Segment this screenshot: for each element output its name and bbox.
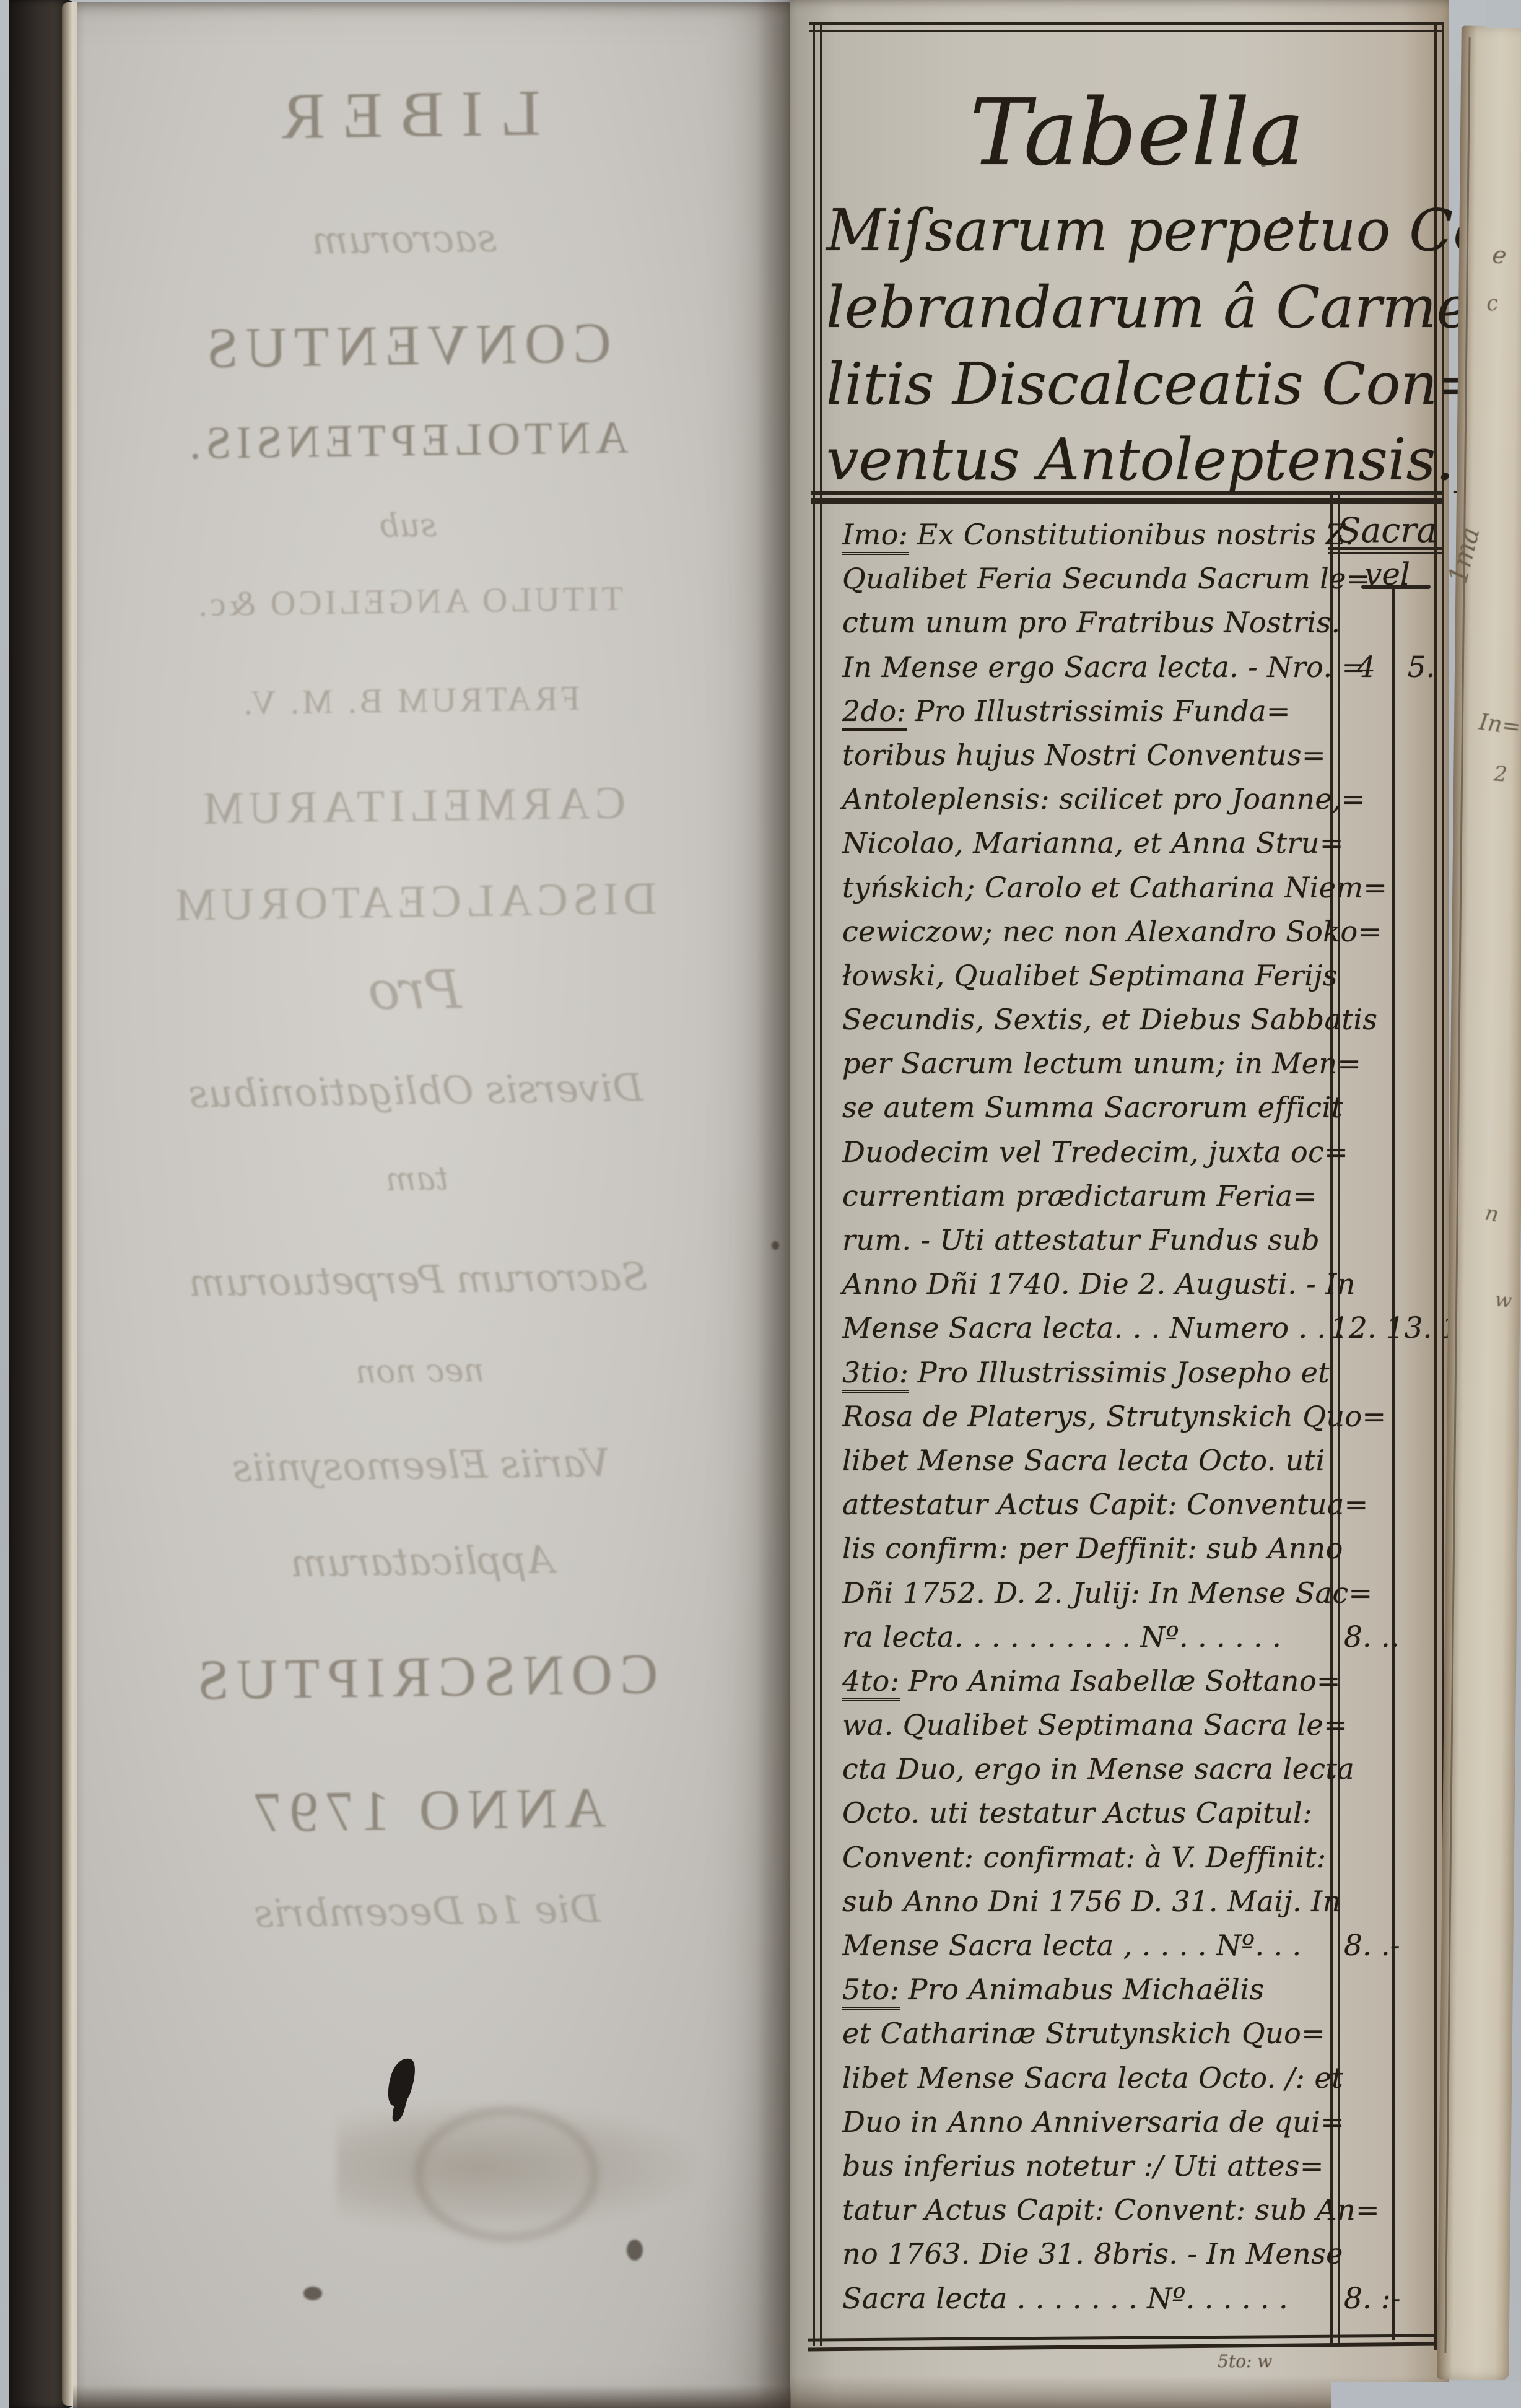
manuscript-line: łowski, Qualibet Septimana Ferijs xyxy=(842,959,1328,992)
line-text: cewiczow; nec non Alexandro Soko= xyxy=(842,915,1382,948)
bleed-line: LIBER xyxy=(80,72,725,157)
line-text: Octo. uti testatur Actus Capitul: xyxy=(842,1796,1312,1830)
bleed-line: Diversis Obligationibus xyxy=(94,1063,738,1118)
ink-speck xyxy=(1279,217,1288,224)
manuscript-row: attestatur Actus Capit: Conventua= xyxy=(790,1485,1449,1529)
table-body: Imo:Ex Constitutionibus nostris Z. Quali… xyxy=(790,515,1449,2323)
manuscript-row: wa. Qualibet Septimana Sacra le= xyxy=(790,1706,1449,1750)
page-bottom-shadow-left xyxy=(73,2384,791,2408)
manuscript-line: cewiczow; nec non Alexandro Soko= xyxy=(842,915,1328,948)
line-text: Nicolao, Marianna, et Anna Stru= xyxy=(842,826,1344,860)
manuscript-row: Rosa de Platerys, Strutynskich Quo= xyxy=(790,1397,1449,1441)
paragraph-label: Imo: xyxy=(842,518,909,555)
table-border-bottom-inner xyxy=(808,2342,1445,2352)
edge-scribble: w xyxy=(1494,1288,1513,1313)
sacra-count-left: 8. .. xyxy=(1344,1620,1388,1654)
bleed-line: DISCALCEATORUM xyxy=(91,871,736,933)
line-text: lis confirm: per Deffinit: sub Anno xyxy=(842,1532,1343,1565)
manuscript-line: Dñi 1752. D. 2. Julij: In Mense Sac= xyxy=(842,1576,1328,1610)
manuscript-row: Duo in Anno Anniversaria de qui= xyxy=(790,2103,1449,2147)
manuscript-line: no 1763. Die 31. 8bris. - In Mense xyxy=(842,2237,1328,2271)
catchword: 5to: w xyxy=(1218,2351,1272,2371)
manuscript-line: Sacra lecta . . . . . . . Nº. . . . . . xyxy=(842,2282,1328,2315)
manuscript-row: łowski, Qualibet Septimana Ferijs xyxy=(790,956,1449,1000)
manuscript-row: In Mense ergo Sacra lecta. - Nro. = 4 5. xyxy=(790,648,1449,692)
sacra-count-left: 4 xyxy=(1344,650,1388,684)
manuscript-line: In Mense ergo Sacra lecta. - Nro. = xyxy=(842,650,1328,684)
manuscript-row: Sacra lecta . . . . . . . Nº. . . . . . … xyxy=(790,2279,1449,2323)
line-text: currentiam prædictarum Feria= xyxy=(842,1179,1317,1213)
manuscript-row: 4to:Pro Anima Isabellæ Sołtano= xyxy=(790,1662,1449,1706)
line-text: Rosa de Platerys, Strutynskich Quo= xyxy=(842,1400,1386,1433)
manuscript-line: sub Anno Dni 1756 D. 31. Maij. In xyxy=(842,1885,1328,1918)
manuscript-line: Antoleplensis: scilicet pro Joanne,= xyxy=(842,782,1328,816)
manuscript-row: Mense Sacra lecta , . . . . Nº. . . 8. .… xyxy=(790,1926,1449,1970)
manuscript-line: libet Mense Sacra lecta Octo. uti xyxy=(842,1444,1328,1477)
manuscript-row: et Catharinæ Strutynskich Quo= xyxy=(790,2014,1449,2058)
manuscript-line: et Catharinæ Strutynskich Quo= xyxy=(842,2017,1328,2050)
line-text: ra lecta. . . . . . . . . . Nº. . . . . … xyxy=(842,1620,1281,1654)
manuscript-row: 3tio:Pro Illustrissimis Josepho et xyxy=(790,1353,1449,1397)
line-text: se autem Summa Sacrorum efficit xyxy=(842,1091,1343,1124)
manuscript-line: Anno Dñi 1740. Die 2. Augusti. - In xyxy=(842,1267,1328,1301)
manuscript-line: 3tio:Pro Illustrissimis Josepho et xyxy=(842,1356,1328,1389)
manuscript-row: toribus hujus Nostri Conventus= xyxy=(790,736,1449,780)
manuscript-row: cewiczow; nec non Alexandro Soko= xyxy=(790,912,1449,956)
manuscript-row: cta Duo, ergo in Mense sacra lecta xyxy=(790,1750,1449,1794)
manuscript-line: Octo. uti testatur Actus Capitul: xyxy=(842,1796,1328,1830)
manuscript-line: Mense Sacra lecta , . . . . Nº. . . xyxy=(842,1929,1328,1962)
line-text: Pro Illustrissimis Funda= xyxy=(915,694,1291,728)
manuscript-row: bus inferius notetur :/ Uti attes= xyxy=(790,2147,1449,2191)
ornament-ring xyxy=(414,2107,599,2242)
edge-scribble: c xyxy=(1485,290,1499,316)
manuscript-row: tyńskich; Carolo et Catharina Niem= xyxy=(790,868,1449,912)
line-text: Duodecim vel Tredecim, juxta oc= xyxy=(842,1135,1348,1169)
bleed-line: Sacrorum Perpetuorum xyxy=(96,1252,741,1307)
manuscript-line: Duo in Anno Anniversaria de qui= xyxy=(842,2105,1328,2139)
bleed-line: TITULO ANGELICO &c. xyxy=(87,577,731,626)
line-text: per Sacrum lectum unum; in Men= xyxy=(842,1047,1361,1080)
manuscript-row: libet Mense Sacra lecta Octo. uti xyxy=(790,1441,1449,1485)
manuscript-row: Duodecim vel Tredecim, juxta oc= xyxy=(790,1133,1449,1177)
manuscript-line: 4to:Pro Anima Isabellæ Sołtano= xyxy=(842,1664,1328,1698)
manuscript-line: toribus hujus Nostri Conventus= xyxy=(842,738,1328,772)
manuscript-row: Convent: confirmat: à V. Deffinit: xyxy=(790,1838,1449,1882)
ink-speck xyxy=(303,2287,322,2300)
bleed-line: CONVENTUS xyxy=(83,308,728,383)
table-border-top-inner xyxy=(809,30,1444,32)
title-line: litis Discalceatis Con= xyxy=(826,351,1439,417)
manuscript-row: lis confirm: per Deffinit: sub Anno xyxy=(790,1529,1449,1573)
background-corner xyxy=(1485,0,1521,28)
manuscript-row: se autem Summa Sacrorum efficit xyxy=(790,1088,1449,1132)
photo-open-manuscript-book: LIBERsacrorumCONVENTUSANTOLEPTENSIS.subT… xyxy=(0,0,1521,2408)
manuscript-row: ctum unum pro Fratribus Nostris. xyxy=(790,603,1449,647)
line-text: rum. - Uti attestatur Fundus sub xyxy=(842,1223,1320,1257)
manuscript-row: Dñi 1752. D. 2. Julij: In Mense Sac= xyxy=(790,1574,1449,1618)
manuscript-row: libet Mense Sacra lecta Octo. /: et xyxy=(790,2059,1449,2103)
manuscript-row: ra lecta. . . . . . . . . . Nº. . . . . … xyxy=(790,1618,1449,1662)
bleed-line: CONSCRIPTUS xyxy=(102,1639,746,1714)
paragraph-label: 5to: xyxy=(842,1973,900,2010)
manuscript-row: 2do:Pro Illustrissimis Funda= xyxy=(790,692,1449,736)
line-text: Qualibet Feria Secunda Sacrum le= xyxy=(842,562,1371,595)
paragraph-label: 3tio: xyxy=(842,1356,909,1393)
bleed-line: FRATRUM B. M. V. xyxy=(88,676,733,725)
manuscript-line: 2do:Pro Illustrissimis Funda= xyxy=(842,694,1328,728)
page-title: Tabella xyxy=(865,79,1410,186)
bleed-line: Applicatarum xyxy=(100,1534,745,1589)
paragraph-label: 4to: xyxy=(842,1664,900,1701)
line-text: toribus hujus Nostri Conventus= xyxy=(842,738,1326,772)
manuscript-line: Secundis, Sextis, et Diebus Sabbatis xyxy=(842,1003,1328,1036)
line-text: cta Duo, ergo in Mense sacra lecta xyxy=(842,1752,1354,1786)
manuscript-row: Nicolao, Marianna, et Anna Stru= xyxy=(790,824,1449,868)
title-line: Miſsarum perpetuo Ce= xyxy=(826,197,1439,264)
manuscript-row: Octo. uti testatur Actus Capitul: xyxy=(790,1794,1449,1838)
manuscript-line: lis confirm: per Deffinit: sub Anno xyxy=(842,1532,1328,1565)
line-text: Secundis, Sextis, et Diebus Sabbatis xyxy=(842,1003,1377,1036)
manuscript-row: per Sacrum lectum unum; in Men= xyxy=(790,1044,1449,1088)
sacra-count-left: 8. :- xyxy=(1344,2282,1388,2316)
manuscript-row: Anno Dñi 1740. Die 2. Augusti. - In xyxy=(790,1265,1449,1309)
line-text: et Catharinæ Strutynskich Quo= xyxy=(842,2017,1325,2050)
line-text: ctum unum pro Fratribus Nostris. xyxy=(842,606,1341,639)
line-text: bus inferius notetur :/ Uti attes= xyxy=(842,2149,1324,2183)
paragraph-label: 2do: xyxy=(842,694,907,731)
title-line: ventus Antoleptensis._ xyxy=(826,426,1439,493)
manuscript-line: 5to:Pro Animabus Michaëlis xyxy=(842,1973,1328,2006)
line-text: tyńskich; Carolo et Catharina Niem= xyxy=(842,871,1387,904)
line-text: Convent: confirmat: à V. Deffinit: xyxy=(842,1841,1327,1874)
line-text: Antoleplensis: scilicet pro Joanne,= xyxy=(842,782,1366,816)
bleed-line: Variis Eleemosyniis xyxy=(98,1438,743,1493)
bleed-line: CARMELITARUM xyxy=(89,775,734,837)
manuscript-row: Mense Sacra lecta. . . Numero . . . . 12… xyxy=(790,1309,1449,1353)
manuscript-line: ra lecta. . . . . . . . . . Nº. . . . . … xyxy=(842,1620,1328,1654)
manuscript-line: rum. - Uti attestatur Fundus sub xyxy=(842,1223,1328,1257)
bleed-line: Pro xyxy=(92,955,737,1026)
manuscript-line: Imo:Ex Constitutionibus nostris Z. xyxy=(842,518,1328,551)
bleed-line: nec non xyxy=(97,1348,742,1395)
manuscript-row: Antoleplensis: scilicet pro Joanne,= xyxy=(790,780,1449,824)
line-text: wa. Qualibet Septimana Sacra le= xyxy=(842,1708,1348,1742)
table-border-top xyxy=(809,22,1444,25)
manuscript-line: Duodecim vel Tredecim, juxta oc= xyxy=(842,1135,1328,1169)
line-text: libet Mense Sacra lecta Octo. uti xyxy=(842,1444,1325,1477)
line-text: sub Anno Dni 1756 D. 31. Maij. In xyxy=(842,1885,1341,1918)
manuscript-line: attestatur Actus Capit: Conventua= xyxy=(842,1488,1328,1521)
sacra-count-right: 5. xyxy=(1398,650,1444,684)
manuscript-row: currentiam prædictarum Feria= xyxy=(790,1177,1449,1221)
line-text: łowski, Qualibet Septimana Ferijs xyxy=(842,959,1338,992)
manuscript-row: sub Anno Dni 1756 D. 31. Maij. In xyxy=(790,1882,1449,1926)
line-text: Sacra lecta . . . . . . . Nº. . . . . . xyxy=(842,2282,1288,2315)
line-text: Mense Sacra lecta , . . . . Nº. . . xyxy=(842,1929,1302,1962)
ink-speck xyxy=(627,2240,643,2261)
manuscript-row: 5to:Pro Animabus Michaëlis xyxy=(790,1970,1449,2014)
manuscript-row: Imo:Ex Constitutionibus nostris Z. xyxy=(790,515,1449,559)
manuscript-line: libet Mense Sacra lecta Octo. /: et xyxy=(842,2061,1328,2095)
sacra-count-left: 8. .- xyxy=(1344,1929,1388,1963)
manuscript-line: Qualibet Feria Secunda Sacrum le= xyxy=(842,562,1328,595)
manuscript-line: Rosa de Platerys, Strutynskich Quo= xyxy=(842,1400,1328,1433)
manuscript-line: per Sacrum lectum unum; in Men= xyxy=(842,1047,1328,1080)
manuscript-line: tatur Actus Capit: Convent: sub An= xyxy=(842,2193,1328,2227)
line-text: Ex Constitutionibus nostris Z. xyxy=(917,518,1354,551)
line-text: Pro Animabus Michaëlis xyxy=(909,1973,1265,2006)
left-page-bleed: LIBERsacrorumCONVENTUSANTOLEPTENSIS.subT… xyxy=(60,0,807,2408)
line-text: Mense Sacra lecta. . . Numero . . . . xyxy=(842,1311,1364,1345)
manuscript-row: rum. - Uti attestatur Fundus sub xyxy=(790,1221,1449,1265)
line-text: libet Mense Sacra lecta Octo. /: et xyxy=(842,2061,1343,2095)
line-text: no 1763. Die 31. 8bris. - In Mense xyxy=(842,2237,1343,2271)
manuscript-row: Qualibet Feria Secunda Sacrum le= xyxy=(790,559,1449,603)
manuscript-row: Secundis, Sextis, et Diebus Sabbatis xyxy=(790,1000,1449,1044)
line-text: Pro Anima Isabellæ Sołtano= xyxy=(909,1664,1341,1698)
bleed-line: Die 1a Decembris xyxy=(105,1884,749,1939)
manuscript-line: tyńskich; Carolo et Catharina Niem= xyxy=(842,871,1328,904)
manuscript-line: Mense Sacra lecta. . . Numero . . . . xyxy=(842,1311,1328,1345)
right-page: Tabella Miſsarum perpetuo Ce= lebrandaru… xyxy=(790,0,1449,2408)
line-text: Duo in Anno Anniversaria de qui= xyxy=(842,2105,1344,2139)
line-text: In Mense ergo Sacra lecta. - Nro. = xyxy=(842,650,1366,684)
manuscript-row: tatur Actus Capit: Convent: sub An= xyxy=(790,2191,1449,2235)
line-text: Dñi 1752. D. 2. Julij: In Mense Sac= xyxy=(842,1576,1372,1610)
left-page: LIBERsacrorumCONVENTUSANTOLEPTENSIS.subT… xyxy=(77,2,790,2408)
manuscript-line: bus inferius notetur :/ Uti attes= xyxy=(842,2149,1328,2183)
title-line: lebrandarum â Carme= xyxy=(826,274,1439,341)
manuscript-line: wa. Qualibet Septimana Sacra le= xyxy=(842,1708,1328,1742)
manuscript-line: se autem Summa Sacrorum efficit xyxy=(842,1091,1328,1124)
edge-scribble: 2 xyxy=(1493,761,1508,787)
manuscript-line: ctum unum pro Fratribus Nostris. xyxy=(842,606,1328,639)
line-text: Anno Dñi 1740. Die 2. Augusti. - In xyxy=(842,1267,1356,1301)
bleed-line: sub xyxy=(85,503,730,549)
line-text: Pro Illustrissimis Josepho et xyxy=(918,1356,1330,1389)
table-border-bottom xyxy=(808,2334,1445,2341)
manuscript-line: currentiam prædictarum Feria= xyxy=(842,1179,1328,1213)
line-text: tatur Actus Capit: Convent: sub An= xyxy=(842,2193,1380,2227)
manuscript-line: Convent: confirmat: à V. Deffinit: xyxy=(842,1841,1328,1874)
ink-speck xyxy=(1261,162,1266,167)
bleed-line: sacrorum xyxy=(82,212,726,266)
bleed-line: ANTOLEPTENSIS. xyxy=(84,410,729,472)
bleed-line: tam xyxy=(95,1156,739,1203)
background-corner xyxy=(1331,2382,1521,2408)
manuscript-line: Nicolao, Marianna, et Anna Stru= xyxy=(842,826,1328,860)
bleed-line: ANNO 1797 xyxy=(103,1773,748,1847)
manuscript-line: cta Duo, ergo in Mense sacra lecta xyxy=(842,1752,1328,1786)
line-text: attestatur Actus Capit: Conventua= xyxy=(842,1488,1369,1521)
manuscript-row: no 1763. Die 31. 8bris. - In Mense xyxy=(790,2235,1449,2279)
title-rule-lower xyxy=(811,498,1443,504)
